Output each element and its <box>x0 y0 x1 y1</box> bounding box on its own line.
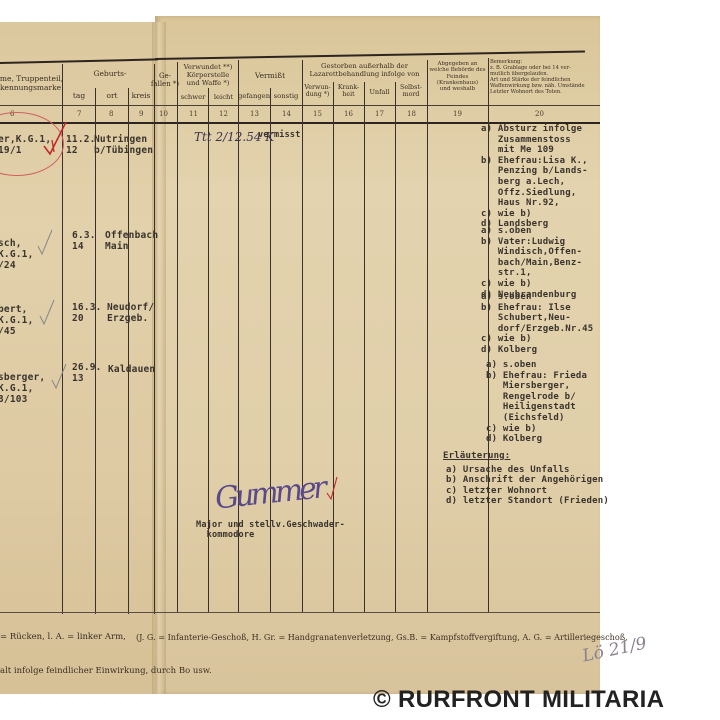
col-num-14: 14 <box>282 110 291 118</box>
col-num-16: 16 <box>344 110 353 118</box>
header-fallen: Ge- fallen *) <box>150 72 180 88</box>
header-missing-group: Vermißt <box>238 72 302 81</box>
row-3-remarks: a) s.oben b) Ehefrau: Ilse Schubert,Neu-… <box>481 292 593 356</box>
row-2-birth-day: 6.3. 14 <box>72 230 96 252</box>
header-wounded-light: leicht <box>209 94 238 102</box>
header-handed-over: Abgegeben an welche Behörde des Feindes … <box>427 61 488 93</box>
col-num-7: 7 <box>77 110 81 118</box>
row-4-name: sberger, K.G.1, 3/103 <box>0 372 45 405</box>
row-3-birth-day: 16.3. 20 <box>72 302 102 324</box>
header-birth-day: tag <box>64 92 94 101</box>
header-birth-place: ort <box>97 92 127 101</box>
header-missing-other: sonstig <box>270 93 302 101</box>
footer-line-2: alt infolge feindlicher Einwirkung, durc… <box>0 666 212 676</box>
col-num-15: 15 <box>313 110 322 118</box>
header-birth-group: Geburts- <box>70 70 150 79</box>
row-1-remarks: a) Absturz infolge Zusammenstoss mit Me … <box>481 124 588 230</box>
row-1-birth-day: 11.2. 12 <box>66 134 96 156</box>
row-2-name: sch, K.G.1, /24 <box>0 238 34 271</box>
header-died-suicide: Selbst- mord <box>395 84 427 98</box>
row-1-name: er,K.G.1, 19/1 <box>0 134 51 156</box>
column-divider <box>177 62 178 612</box>
check-icon <box>36 228 54 256</box>
header-died-illness: Krank- heit <box>333 84 364 98</box>
header-wounded-group: Verwundet **) Körperstelle und Waffe *) <box>178 64 238 87</box>
header-name: Name, Truppenteil, Erkennungsmarke <box>0 75 66 92</box>
check-icon <box>38 298 56 326</box>
column-divider <box>95 88 96 614</box>
col-num-10: 10 <box>159 110 168 118</box>
column-divider <box>395 82 396 612</box>
col-num-17: 17 <box>375 110 384 118</box>
legend-lines: a) Ursache des Unfalls b) Anschrift der … <box>446 465 609 506</box>
col-num-8: 8 <box>109 110 113 118</box>
signature-title: Major und stellv.Geschwader- kommodore <box>196 520 345 540</box>
row-3-name: bert, K.G.1, /45 <box>0 304 34 337</box>
header-missing-captured: gefangen <box>238 93 270 101</box>
col-num-12: 12 <box>219 110 228 118</box>
row-1-birth-place: Nutringen b/Tübingen <box>94 134 153 156</box>
check-icon <box>50 362 68 390</box>
header-birth-district: kreis <box>128 92 154 101</box>
row-2-birth-place: Offenbach Main <box>105 230 158 252</box>
col-num-20: 20 <box>535 110 544 118</box>
row-3-birth-place: Neudorf/ Erzgeb. <box>107 302 154 324</box>
row-2-remarks: a) s.oben b) Vater:Ludwig Windisch,Offen… <box>481 226 582 300</box>
row-4-birth-place: Kaldauen <box>108 364 155 375</box>
col-num-9: 9 <box>139 110 143 118</box>
watermark: © RURFRONT MILITARIA <box>373 686 664 714</box>
header-died-accident: Unfall <box>364 89 395 96</box>
col-num-19: 19 <box>453 110 462 118</box>
row-1-status: vermisst <box>258 130 301 141</box>
header-wounded-heavy: schwer <box>178 94 208 102</box>
footer-line-1-left: = Rücken, l. A. = linker Arm, <box>0 632 126 642</box>
row-4-remarks: a) s.oben b) Ehefrau: Frieda Miersberger… <box>486 360 587 445</box>
column-divider <box>364 82 365 612</box>
header-remarks: Bemerkung: z. B. Grablage oder bei 14 ve… <box>490 60 590 96</box>
header-died-group: Gestorben außerhalb der Lazarettbehandlu… <box>302 63 427 79</box>
table-bottom-rule <box>0 612 600 613</box>
column-divider <box>128 88 129 614</box>
red-check-icon <box>325 475 339 501</box>
row-4-birth-day: 26.9. 13 <box>72 362 102 384</box>
legend-title: Erläuterung: <box>443 451 510 462</box>
footer-line-1: (J. G. = Infanterie-Geschoß, H. Gr. = Ha… <box>136 632 628 642</box>
col-num-13: 13 <box>250 110 259 118</box>
column-divider <box>154 64 155 614</box>
header-bottom-rule <box>0 105 600 106</box>
column-divider <box>427 60 428 612</box>
col-num-11: 11 <box>189 110 198 118</box>
col-num-18: 18 <box>407 110 416 118</box>
header-died-wound: Verwun- dung *) <box>302 84 333 98</box>
